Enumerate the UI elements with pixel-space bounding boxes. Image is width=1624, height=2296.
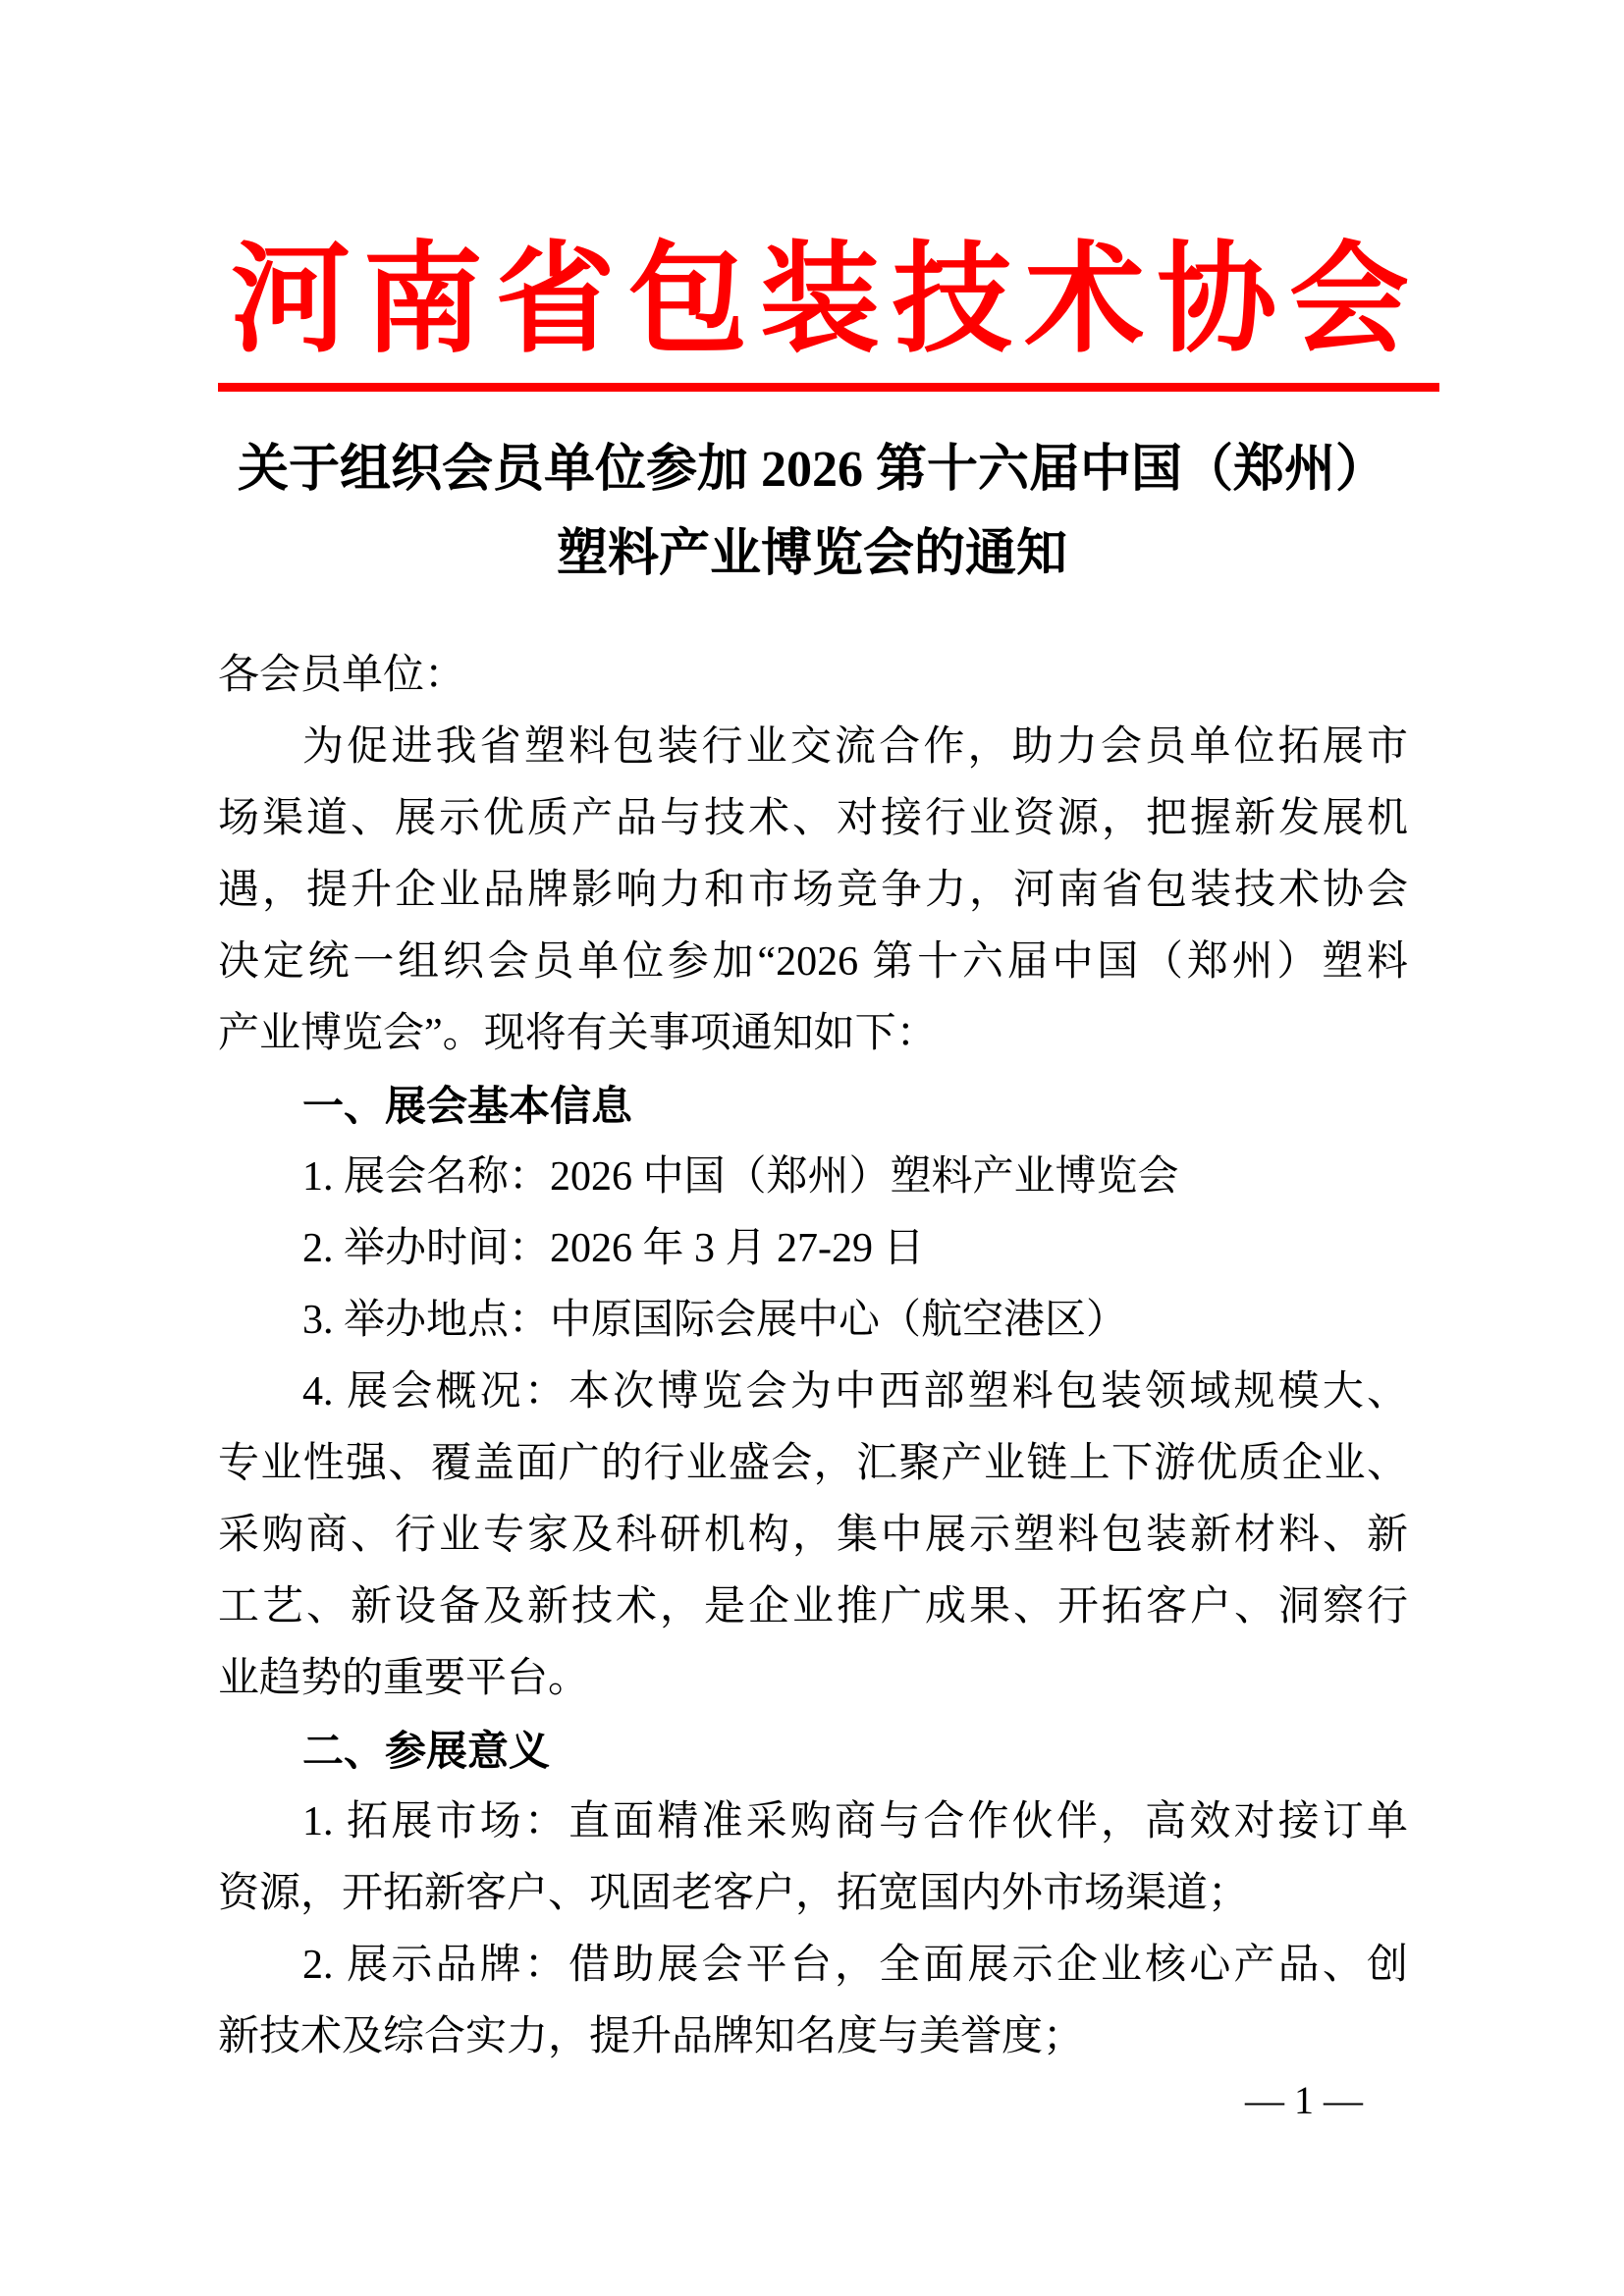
body-line-item: 1. 展会名称：2026 中国（郑州）塑料产业博览会 [218, 1142, 1408, 1213]
section-heading-1: 一、展会基本信息 [218, 1070, 1408, 1142]
body-line: 遇，提升企业品牌影响力和市场竞争力，河南省包装技术协会 [218, 855, 1408, 927]
document-title-line1: 关于组织会员单位参加 2026 第十六届中国（郑州） [0, 428, 1624, 512]
letterhead-rule [218, 383, 1439, 392]
body-line: 采购商、行业专家及科研机构，集中展示塑料包装新材料、新 [218, 1500, 1408, 1572]
body-line: 为促进我省塑料包装行业交流合作，助力会员单位拓展市 [218, 712, 1408, 783]
body-line-item: 2. 展示品牌：借助展会平台，全面展示企业核心产品、创 [218, 1930, 1408, 2002]
body-line-item: 1. 拓展市场：直面精准采购商与合作伙伴，高效对接订单 [218, 1787, 1408, 1858]
body-line: 业趋势的重要平台。 [218, 1643, 1408, 1715]
page-number: — 1 — [1245, 2077, 1363, 2124]
body-line-item: 4. 展会概况：本次博览会为中西部塑料包装领域规模大、 [218, 1357, 1408, 1428]
document-title-line2: 塑料产业博览会的通知 [0, 512, 1624, 597]
body-line: 专业性强、覆盖面广的行业盛会，汇聚产业链上下游优质企业、 [218, 1428, 1408, 1500]
document-page: 河南省包装技术协会 关于组织会员单位参加 2026 第十六届中国（郑州） 塑料产… [0, 0, 1624, 2296]
document-title: 关于组织会员单位参加 2026 第十六届中国（郑州） 塑料产业博览会的通知 [0, 428, 1624, 597]
letterhead: 河南省包装技术协会 [231, 230, 1409, 372]
body-line-item: 3. 举办地点：中原国际会展中心（航空港区） [218, 1285, 1408, 1357]
document-body: 各会员单位： 为促进我省塑料包装行业交流合作，助力会员单位拓展市 场渠道、展示优… [218, 640, 1408, 2073]
section-heading-2: 二、参展意义 [218, 1715, 1408, 1787]
body-line-item: 2. 举办时间：2026 年 3 月 27-29 日 [218, 1213, 1408, 1285]
body-line: 产业博览会”。现将有关事项通知如下： [218, 998, 1408, 1070]
body-line: 工艺、新设备及新技术，是企业推广成果、开拓客户、洞察行 [218, 1572, 1408, 1643]
body-line-salutation: 各会员单位： [218, 640, 1408, 712]
body-line: 新技术及综合实力，提升品牌知名度与美誉度； [218, 2002, 1408, 2073]
body-line: 决定统一组织会员单位参加“2026 第十六届中国（郑州）塑料 [218, 927, 1408, 998]
body-line: 场渠道、展示优质产品与技术、对接行业资源，把握新发展机 [218, 783, 1408, 855]
body-line: 资源，开拓新客户、巩固老客户，拓宽国内外市场渠道； [218, 1858, 1408, 1930]
